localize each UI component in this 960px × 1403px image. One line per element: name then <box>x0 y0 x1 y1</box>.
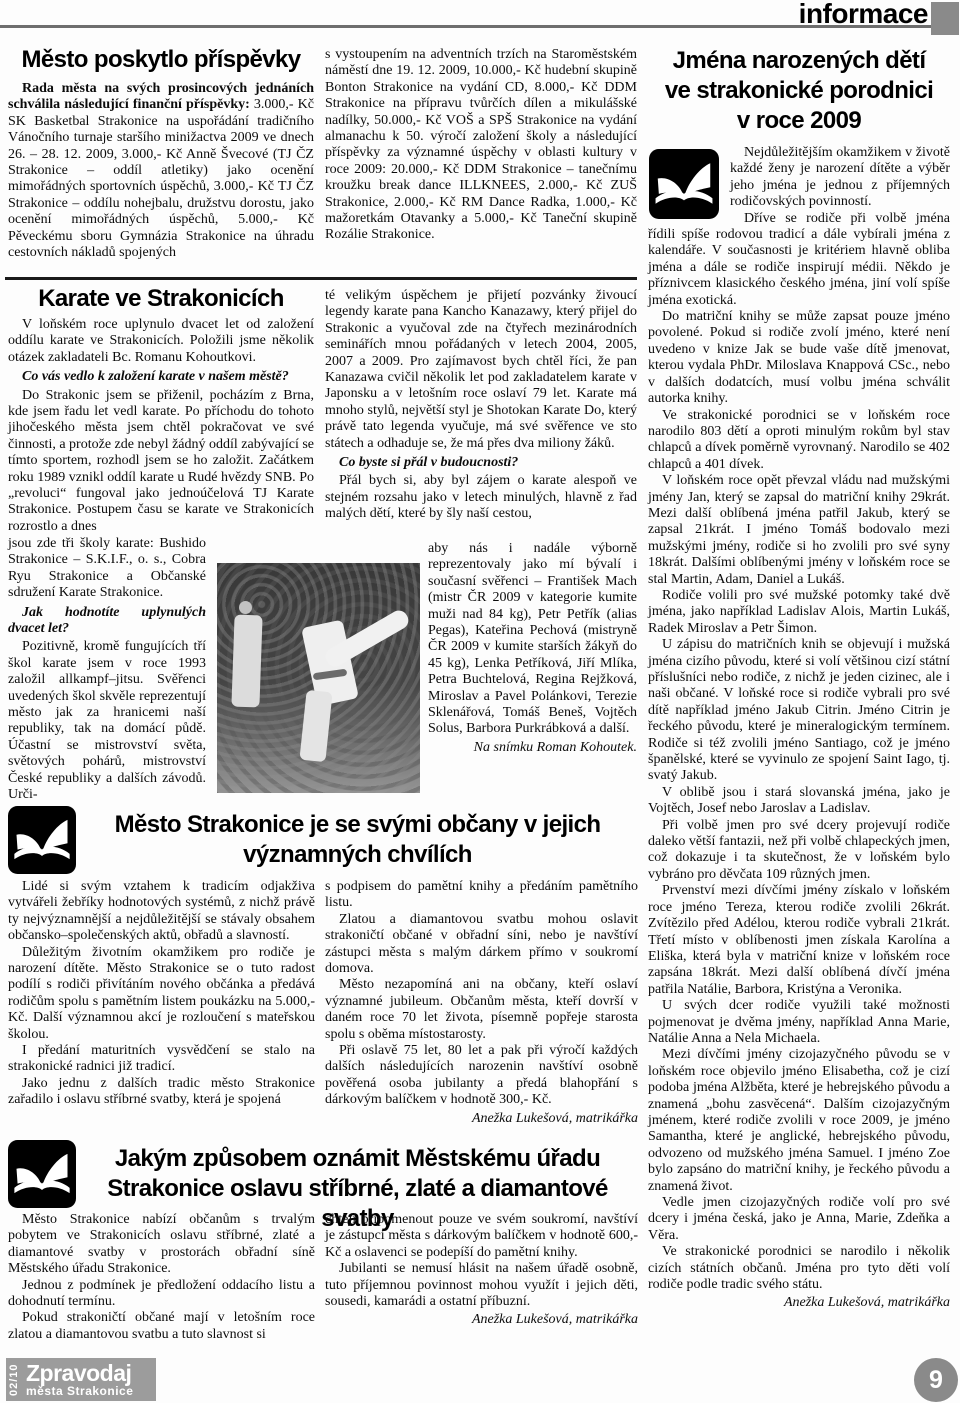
paragraph: Město nezapomíná ani na občany, kteří os… <box>325 977 638 1043</box>
paragraph: Ve strakonické porodnici se narodilo i n… <box>648 1244 950 1293</box>
paragraph: Při volbě jmen pro své dcery projevují r… <box>648 818 950 884</box>
paragraph: V oblibě jsou i stará slovanská jména, j… <box>648 785 950 818</box>
paragraph: Ve strakonické porodnici se v loňském ro… <box>648 408 950 474</box>
signature: Anežka Lukešová, matrikářka <box>648 1295 950 1311</box>
open-book-icon <box>8 1140 76 1208</box>
paragraph: U zápisu do matričních knih se objevují … <box>648 637 950 785</box>
article-karate-col2-narrow: aby nás i nadále výborně reprezentovaly … <box>428 541 637 756</box>
paragraph: s podpisem do pamětní knihy a předáním p… <box>325 879 638 912</box>
article-karate-col2: té velikým úspěchem je přijetí pozvánky … <box>325 288 637 523</box>
paragraph: V loňském roce uplynulo dvacet let od za… <box>8 317 314 366</box>
zpravodaj-logo: 02/10 Zpravodaj města Strakonice <box>6 1358 156 1401</box>
interview-question: Jak hodnotíte uplynulých dvacet let? <box>8 605 206 638</box>
article-jmena: Jména narozených dětí ve strakonické por… <box>648 46 950 1312</box>
photo-figure-standing-leg <box>299 690 332 762</box>
open-book-icon <box>8 806 76 874</box>
paragraph: U svých dcer rodiče využili také možnost… <box>648 998 950 1047</box>
issue-number: 02/10 <box>6 1358 22 1401</box>
paragraph: Do Strakonic jsem se přiženil, pocházím … <box>8 388 314 536</box>
article-divider-rule <box>5 277 637 280</box>
paragraph: Přál bych si, aby byl zájem o karate ale… <box>325 473 637 522</box>
paragraph: I předání maturitních vysvědčení se stal… <box>8 1043 315 1076</box>
article-prispevky-title: Město poskytlo příspěvky <box>8 46 314 73</box>
paragraph: Jednou z podmínek je předložení oddacího… <box>8 1278 315 1311</box>
paragraph: chtějí připomenout pouze ve svém soukrom… <box>325 1212 638 1261</box>
paragraph: s vystoupením na adventních trzích na St… <box>325 47 637 244</box>
paragraph: Jako jednu z dalších tradic město Strako… <box>8 1076 315 1109</box>
logo-subtitle: města Strakonice <box>26 1385 133 1398</box>
paragraph: Jubilanti se nemusí hlásit na našem úřad… <box>325 1261 638 1310</box>
title-line-1: Město Strakonice je se svými občany v je… <box>85 810 630 840</box>
article-prispevky-col1: Město poskytlo příspěvky Rada města na s… <box>8 46 314 261</box>
gray-square-icon <box>931 2 959 35</box>
paragraph: Vedle jmen cizojazyčných rodiče volí pro… <box>648 1195 950 1244</box>
photo-figure-watcher-head <box>239 601 252 614</box>
paragraph: aby nás i nadále výborně reprezentovaly … <box>428 541 637 738</box>
article-karate-col1-narrow: jsou zde tři školy karate: Bushido Strak… <box>8 536 206 804</box>
paragraph: Město Strakonice nabízí občanům s trvalý… <box>8 1212 315 1278</box>
paragraph: Prvenství mezi dívčími jmény získalo v l… <box>648 883 950 998</box>
section-obcane-col2: s podpisem do pamětní knihy a předáním p… <box>325 879 638 1127</box>
section-svatby-col1: Město Strakonice nabízí občanům s trvalý… <box>8 1212 315 1343</box>
title-line-3: v roce 2009 <box>648 106 950 136</box>
paragraph: Pozitivně, kromě fungujících tří škol ka… <box>8 639 206 803</box>
paragraph: Pokud strakoničtí občané mají v letošním… <box>8 1310 315 1343</box>
paragraph: Do matriční knihy se může zapsat pouze j… <box>648 309 950 407</box>
paragraph: Zlatou a diamantovou svatbu mohou oslavi… <box>325 912 638 978</box>
section-obcane-col1: Lidé si svým vztahem k tradicím odjakživ… <box>8 879 315 1109</box>
paragraph: té velikým úspěchem je přijetí pozvánky … <box>325 288 637 452</box>
logo-text: Zpravodaj města Strakonice <box>22 1358 137 1401</box>
logo-title: Zpravodaj <box>26 1361 133 1385</box>
article-karate-title: Karate ve Strakonicích <box>8 285 314 312</box>
section-obcane-title: Město Strakonice je se svými občany v je… <box>85 810 630 870</box>
newsletter-page: { "page": { "header": {"section_label": … <box>0 0 960 1403</box>
body-text: 3.000,- Kč SK Basketbal Strakonice na us… <box>8 97 314 260</box>
interview-question: Co vás vedlo k založení karate v našem m… <box>8 369 314 385</box>
open-book-icon <box>648 149 720 219</box>
signature: Anežka Lukešová, matrikářka <box>325 1312 638 1328</box>
interview-question: Co byste si přál v budoucnosti? <box>325 455 637 471</box>
article-jmena-body: Nejdůležitějším okamžikem v životě každé… <box>648 145 950 1312</box>
article-prispevky-col2: s vystoupením na adventních trzích na St… <box>325 47 637 244</box>
paragraph: Důležitým životním okamžikem pro rodiče … <box>8 945 315 1043</box>
article-karate-col1: Karate ve Strakonicích V loňském roce up… <box>8 285 314 535</box>
page-number-badge: 9 <box>914 1358 958 1402</box>
title-line-1: Jména narozených dětí <box>648 46 950 76</box>
paragraph: V loňském roce opět převzal vládu nad mu… <box>648 473 950 588</box>
article-jmena-title: Jména narozených dětí ve strakonické por… <box>648 46 950 136</box>
paragraph: Při oslavě 75 let, 80 let a pak při výro… <box>325 1043 638 1109</box>
section-svatby-col2: chtějí připomenout pouze ve svém soukrom… <box>325 1212 638 1329</box>
paragraph: Mezi dívčími jmény cizojazyčného původu … <box>648 1047 950 1195</box>
paragraph: Lidé si svým vztahem k tradicím odjakživ… <box>8 879 315 945</box>
signature: Anežka Lukešová, matrikářka <box>325 1111 638 1127</box>
title-line-1: Jakým způsobem oznámit Městskému úřadu <box>85 1144 630 1174</box>
paragraph: Dříve se rodiče při volbě jména řídili s… <box>648 211 950 309</box>
paragraph: Rodiče volili pro své mužské potomky tak… <box>648 588 950 637</box>
title-line-2: významných chvílích <box>85 840 630 870</box>
karate-photo <box>217 563 420 793</box>
photo-credit: Na snímku Roman Kohoutek. <box>428 740 637 756</box>
header-rule <box>0 25 931 28</box>
title-line-2: ve strakonické porodnici <box>648 76 950 106</box>
photo-figure-watcher <box>231 615 262 708</box>
paragraph: jsou zde tři školy karate: Bushido Strak… <box>8 536 206 602</box>
paragraph: Rada města na svých prosincových jednání… <box>8 81 314 261</box>
